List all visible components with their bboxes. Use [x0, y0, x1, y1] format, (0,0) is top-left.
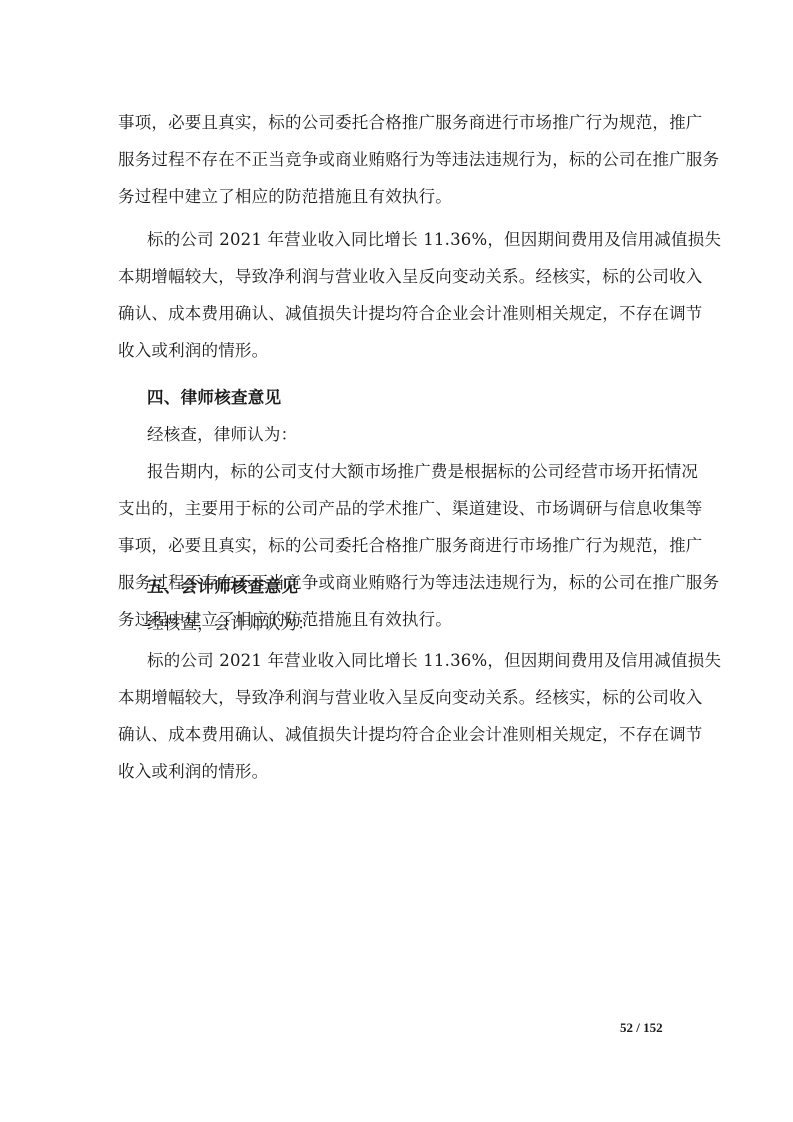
paragraph-line: 收入或利润的情形。 — [118, 762, 268, 782]
section-intro: 经核查，会计师认为： — [147, 614, 314, 634]
paragraph-line: 务过程中建立了相应的防范措施且有效执行。 — [118, 187, 452, 207]
paragraph-line: 本期增幅较大，导致净利润与营业收入呈反向变动关系。经核实，标的公司收入 — [118, 688, 676, 708]
section-heading-accountant: 五、会计师核查意见 — [147, 577, 298, 597]
paragraph-line: 标的公司 2021 年营业收入同比增长 11.36%，但因期间费用及信用减值损失 — [147, 230, 676, 250]
paragraph-line: 本期增幅较大，导致净利润与营业收入呈反向变动关系。经核实，标的公司收入 — [118, 267, 676, 287]
paragraph-line: 收入或利润的情形。 — [118, 341, 268, 361]
paragraph-line: 支出的，主要用于标的公司产品的学术推广、渠道建设、市场调研与信息收集等 — [118, 499, 676, 519]
paragraph-line: 标的公司 2021 年营业收入同比增长 11.36%，但因期间费用及信用减值损失 — [147, 651, 676, 671]
paragraph-line: 服务过程不存在不正当竞争或商业贿赂行为等违法违规行为，标的公司在推广服务 — [118, 150, 676, 170]
paragraph-line: 报告期内，标的公司支付大额市场推广费是根据标的公司经营市场开拓情况 — [147, 462, 676, 482]
section-intro: 经核查，律师认为： — [147, 425, 297, 445]
paragraph-line: 确认、成本费用确认、减值损失计提均符合企业会计准则相关规定，不存在调节 — [118, 725, 676, 745]
page-number: 52 / 152 — [620, 1020, 663, 1036]
paragraph-line: 事项，必要且真实，标的公司委托合格推广服务商进行市场推广行为规范，推广 — [118, 536, 676, 556]
paragraph-line: 事项，必要且真实，标的公司委托合格推广服务商进行市场推广行为规范，推广 — [118, 113, 676, 133]
paragraph-line: 确认、成本费用确认、减值损失计提均符合企业会计准则相关规定，不存在调节 — [118, 304, 676, 324]
section-heading-lawyer: 四、律师核查意见 — [147, 388, 281, 408]
